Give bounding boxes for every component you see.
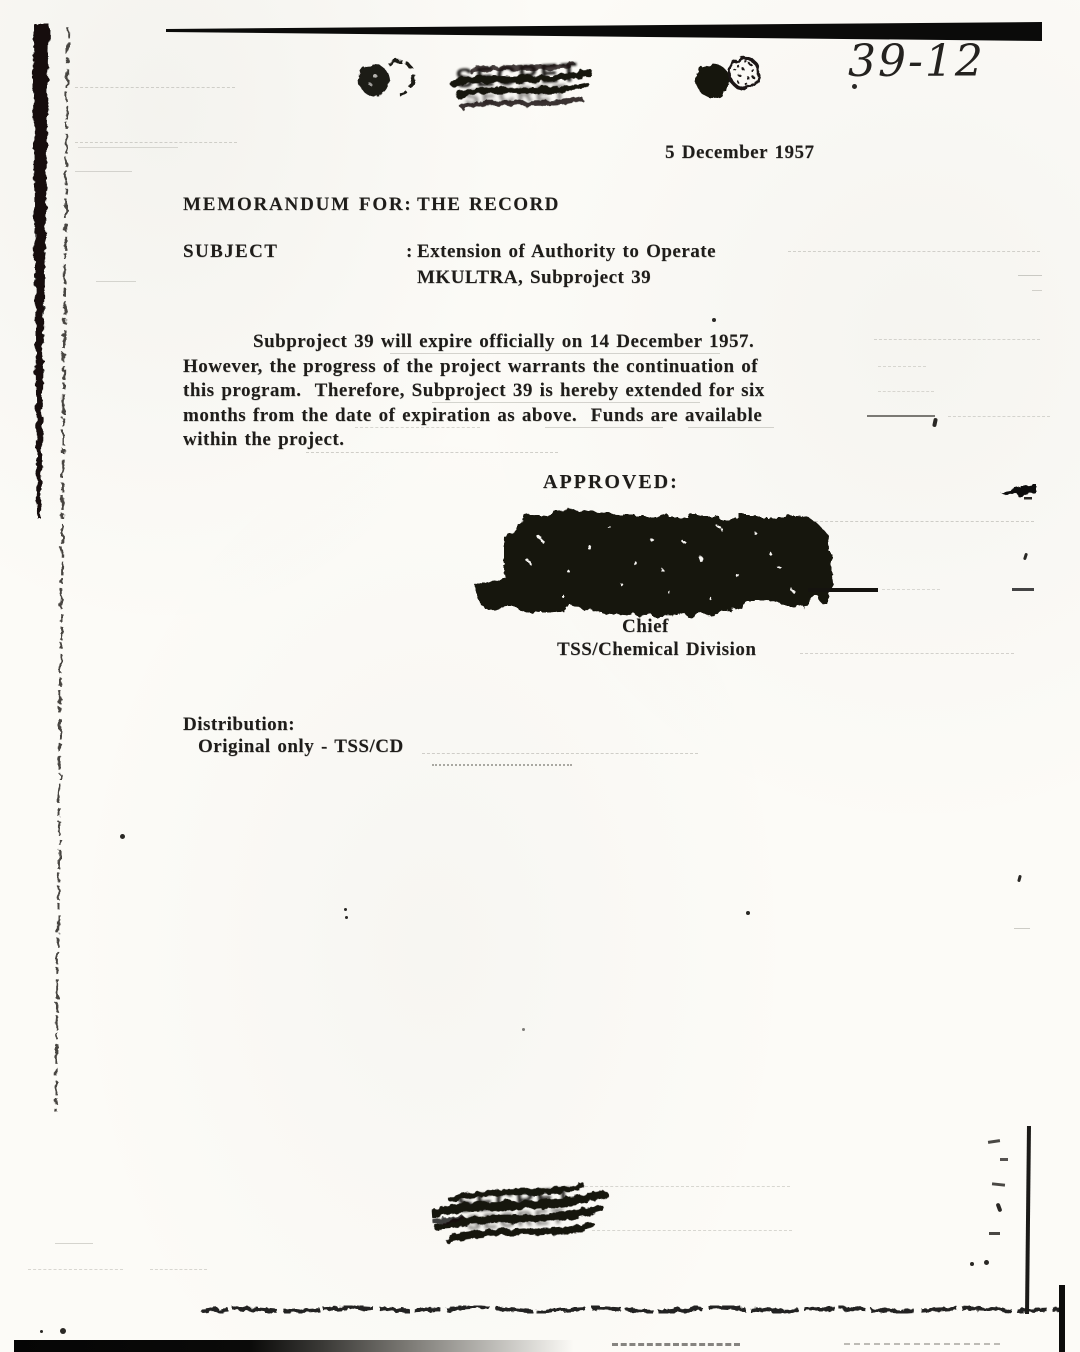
signature-redaction-blob xyxy=(470,498,890,638)
secret-stamp-top: SECRET SECRET xyxy=(446,50,599,126)
ink-speck xyxy=(712,318,716,322)
body-line-1: Subproject 39 will expire officially on … xyxy=(183,330,903,355)
ink-speck xyxy=(988,1139,1000,1144)
ink-speck xyxy=(989,1232,1000,1235)
ink-speck xyxy=(746,911,750,915)
body-line-4: months from the date of expiration as ab… xyxy=(183,404,903,429)
ink-speck xyxy=(984,1260,989,1265)
scan-artifact-line xyxy=(1032,290,1042,291)
scan-bottom-edge-dashes xyxy=(844,1343,1000,1345)
subject-separator: : xyxy=(406,241,413,263)
subject-label: SUBJECT xyxy=(183,241,278,263)
ink-speck xyxy=(344,908,347,911)
scan-left-scratch-line xyxy=(46,26,80,1118)
scan-underline-artifact xyxy=(355,427,480,428)
subject-line-2: MKULTRA, Subproject 39 xyxy=(417,267,651,289)
scanned-memo-page: 39-12 SECRET SECRET xyxy=(0,0,1080,1352)
stamp-cancel-scribble xyxy=(446,50,599,126)
circular-stamp-mark-left xyxy=(348,50,432,112)
scan-artifact-line xyxy=(432,764,572,766)
scan-artifact-line xyxy=(585,1186,790,1187)
body-line-3: this program. Therefore, Subproject 39 i… xyxy=(183,379,903,404)
ink-speck xyxy=(345,916,348,919)
scan-bottom-edge-dashes xyxy=(612,1343,740,1346)
ink-speck xyxy=(932,418,938,428)
scan-artifact-line xyxy=(78,147,178,148)
scan-artifact-line xyxy=(96,281,136,282)
scan-bottom-edge-bar xyxy=(14,1340,574,1352)
scan-artifact-line xyxy=(55,1243,93,1244)
scan-artifact-line xyxy=(592,1230,792,1231)
scan-artifact-line xyxy=(867,415,935,417)
ink-speck xyxy=(40,1330,43,1333)
scan-artifact-line xyxy=(878,391,934,392)
ink-speck xyxy=(996,1203,1003,1213)
handwritten-ref-text: 39-12 xyxy=(848,36,985,87)
ink-speck xyxy=(1017,875,1022,883)
body-line-2: However, the progress of the project war… xyxy=(183,355,903,380)
memorandum-for-label: MEMORANDUM FOR: xyxy=(183,194,413,216)
approved-label: APPROVED: xyxy=(543,471,679,494)
scan-artifact-line xyxy=(1012,588,1034,591)
scan-bottom-jagged-line xyxy=(200,1298,1064,1322)
scan-artifact-line xyxy=(150,1269,207,1270)
scan-artifact-line xyxy=(1018,275,1042,276)
scan-artifact-line xyxy=(422,753,698,754)
scan-artifact-line xyxy=(28,1269,123,1270)
distribution-line: Original only - TSS/CD xyxy=(198,736,404,758)
signature-title: Chief xyxy=(622,616,669,638)
scan-artifact-line xyxy=(75,87,235,88)
scan-artifact-line xyxy=(878,366,926,367)
signature-division: TSS/Chemical Division xyxy=(557,639,756,661)
ink-speck xyxy=(120,834,125,839)
scan-right-corner-bar xyxy=(1059,1285,1065,1352)
scan-artifact-line xyxy=(882,589,940,590)
subject-line-1: Extension of Authority to Operate xyxy=(417,241,716,263)
scan-artifact-line xyxy=(788,251,1040,252)
scan-underline-artifact xyxy=(432,402,700,403)
ink-speck xyxy=(852,84,857,89)
secret-stamp-bottom: SECRET SECRET xyxy=(430,1170,615,1254)
handwritten-ref-number: 39-12 xyxy=(848,36,1028,87)
scan-right-vertical-line xyxy=(1025,1126,1031,1314)
ink-speck xyxy=(992,1182,1005,1186)
memo-date: 5 December 1957 xyxy=(665,142,814,164)
margin-ink-dash xyxy=(1000,484,1040,502)
scan-artifact-line xyxy=(75,142,237,143)
body-paragraph: Subproject 39 will expire officially on … xyxy=(183,330,903,453)
distribution-label: Distribution: xyxy=(183,714,295,736)
scan-underline-artifact xyxy=(545,427,663,428)
scan-artifact-line xyxy=(874,339,1040,340)
scan-underline-artifact xyxy=(390,353,720,354)
ink-speck xyxy=(1000,1158,1008,1161)
ink-speck xyxy=(522,1028,525,1031)
ink-speck xyxy=(970,1262,974,1266)
scan-artifact-line xyxy=(75,171,132,172)
circular-stamp-mark-right xyxy=(686,48,776,112)
scan-underline-artifact xyxy=(306,452,558,453)
ink-speck xyxy=(60,1328,66,1334)
scan-artifact-line xyxy=(800,653,1014,654)
stamp-cancel-scribble xyxy=(430,1170,615,1254)
scan-artifact-line xyxy=(948,416,1050,417)
body-line-5: within the project. xyxy=(183,428,903,453)
memorandum-recipient: THE RECORD xyxy=(417,194,560,216)
scan-underline-artifact xyxy=(688,427,774,428)
scan-artifact-line xyxy=(1014,928,1030,929)
redaction-tail-line xyxy=(808,588,878,592)
ink-speck xyxy=(1023,553,1028,561)
